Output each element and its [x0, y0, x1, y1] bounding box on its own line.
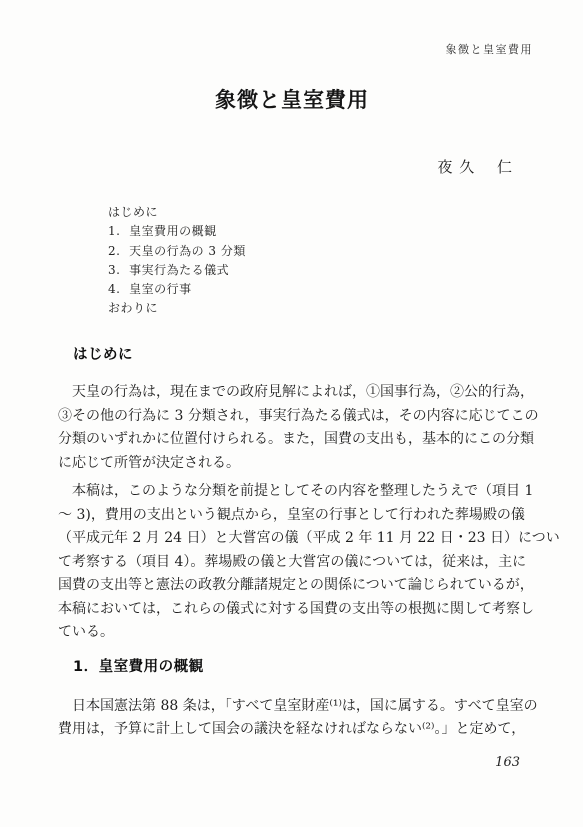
text-line: 日本国憲法第 88 条は，「すべて皇室財産⁽¹⁾は，国に属する。すべて皇室の: [58, 695, 528, 719]
paragraph: 天皇の行為は，現在までの政府見解によれば，①国事行為，②公的行為，③その他の行為…: [58, 381, 528, 475]
text-line: （平成元年 2 月 24 日）と大嘗宮の儀（平成 2 年 11 月 22 日・2…: [58, 527, 528, 551]
section-1-overview: 1．皇室費用の概観 日本国憲法第 88 条は，「すべて皇室財産⁽¹⁾は，国に属す…: [58, 659, 528, 742]
page-number: 163: [495, 755, 520, 770]
toc-item: 1. 皇室費用の概観: [108, 222, 246, 241]
running-header: 象徴と皇室費用: [446, 41, 534, 57]
table-of-contents: はじめに1. 皇室費用の概観2. 天皇の行為の 3 分類3. 事実行為たる儀式4…: [108, 203, 246, 319]
text-line: 国費の支出等と憲法の政教分離諸規定との関係について論じられているが，: [58, 574, 528, 598]
section-heading-introduction: はじめに: [73, 347, 528, 364]
section-heading-1: 1．皇室費用の概観: [73, 659, 528, 676]
paragraph: 日本国憲法第 88 条は，「すべて皇室財産⁽¹⁾は，国に属する。すべて皇室の費用…: [58, 695, 528, 742]
document-page: 象徴と皇室費用 象徴と皇室費用 夜 久 仁 はじめに1. 皇室費用の概観2. 天…: [0, 0, 583, 827]
toc-item: はじめに: [108, 203, 246, 222]
text-line: ～ 3)，費用の支出という観点から，皇室の行事として行われた葬場殿の儀: [58, 504, 528, 528]
section-introduction: はじめに 天皇の行為は，現在までの政府見解によれば，①国事行為，②公的行為，③そ…: [58, 347, 528, 645]
text-line: 分類のいずれかに位置付けられる。また，国費の支出も，基本的にこの分類: [58, 428, 528, 452]
toc-item: 4. 皇室の行事: [108, 280, 246, 299]
toc-item: 3. 事実行為たる儀式: [108, 261, 246, 280]
text-line: ている。: [58, 621, 528, 645]
paragraph: 本稿は，このような分類を前提としてその内容を整理したうえで（項目 1～ 3)，費…: [58, 480, 528, 645]
text-line: 本稿においては，これらの儀式に対する国費の支出等の根拠に関して考察し: [58, 598, 528, 622]
text-line: 天皇の行為は，現在までの政府見解によれば，①国事行為，②公的行為，: [58, 381, 528, 405]
text-line: て考察する（項目 4）。葬場殿の儀と大嘗宮の儀については，従来は，主に: [58, 551, 528, 575]
text-line: 本稿は，このような分類を前提としてその内容を整理したうえで（項目 1: [58, 480, 528, 504]
text-line: に応じて所管が決定される。: [58, 452, 528, 476]
article-body: はじめに 天皇の行為は，現在までの政府見解によれば，①国事行為，②公的行為，③そ…: [58, 347, 528, 742]
toc-item: おわりに: [108, 299, 246, 318]
text-line: 費用は，予算に計上して国会の議決を経なければならない⁽²⁾。」と定めて，: [58, 718, 528, 742]
toc-item: 2. 天皇の行為の 3 分類: [108, 242, 246, 261]
page-title: 象徴と皇室費用: [57, 84, 527, 114]
text-line: ③その他の行為に 3 分類され，事実行為たる儀式は，その内容に応じてこの: [58, 405, 528, 429]
author-name: 夜 久 仁: [437, 156, 513, 177]
